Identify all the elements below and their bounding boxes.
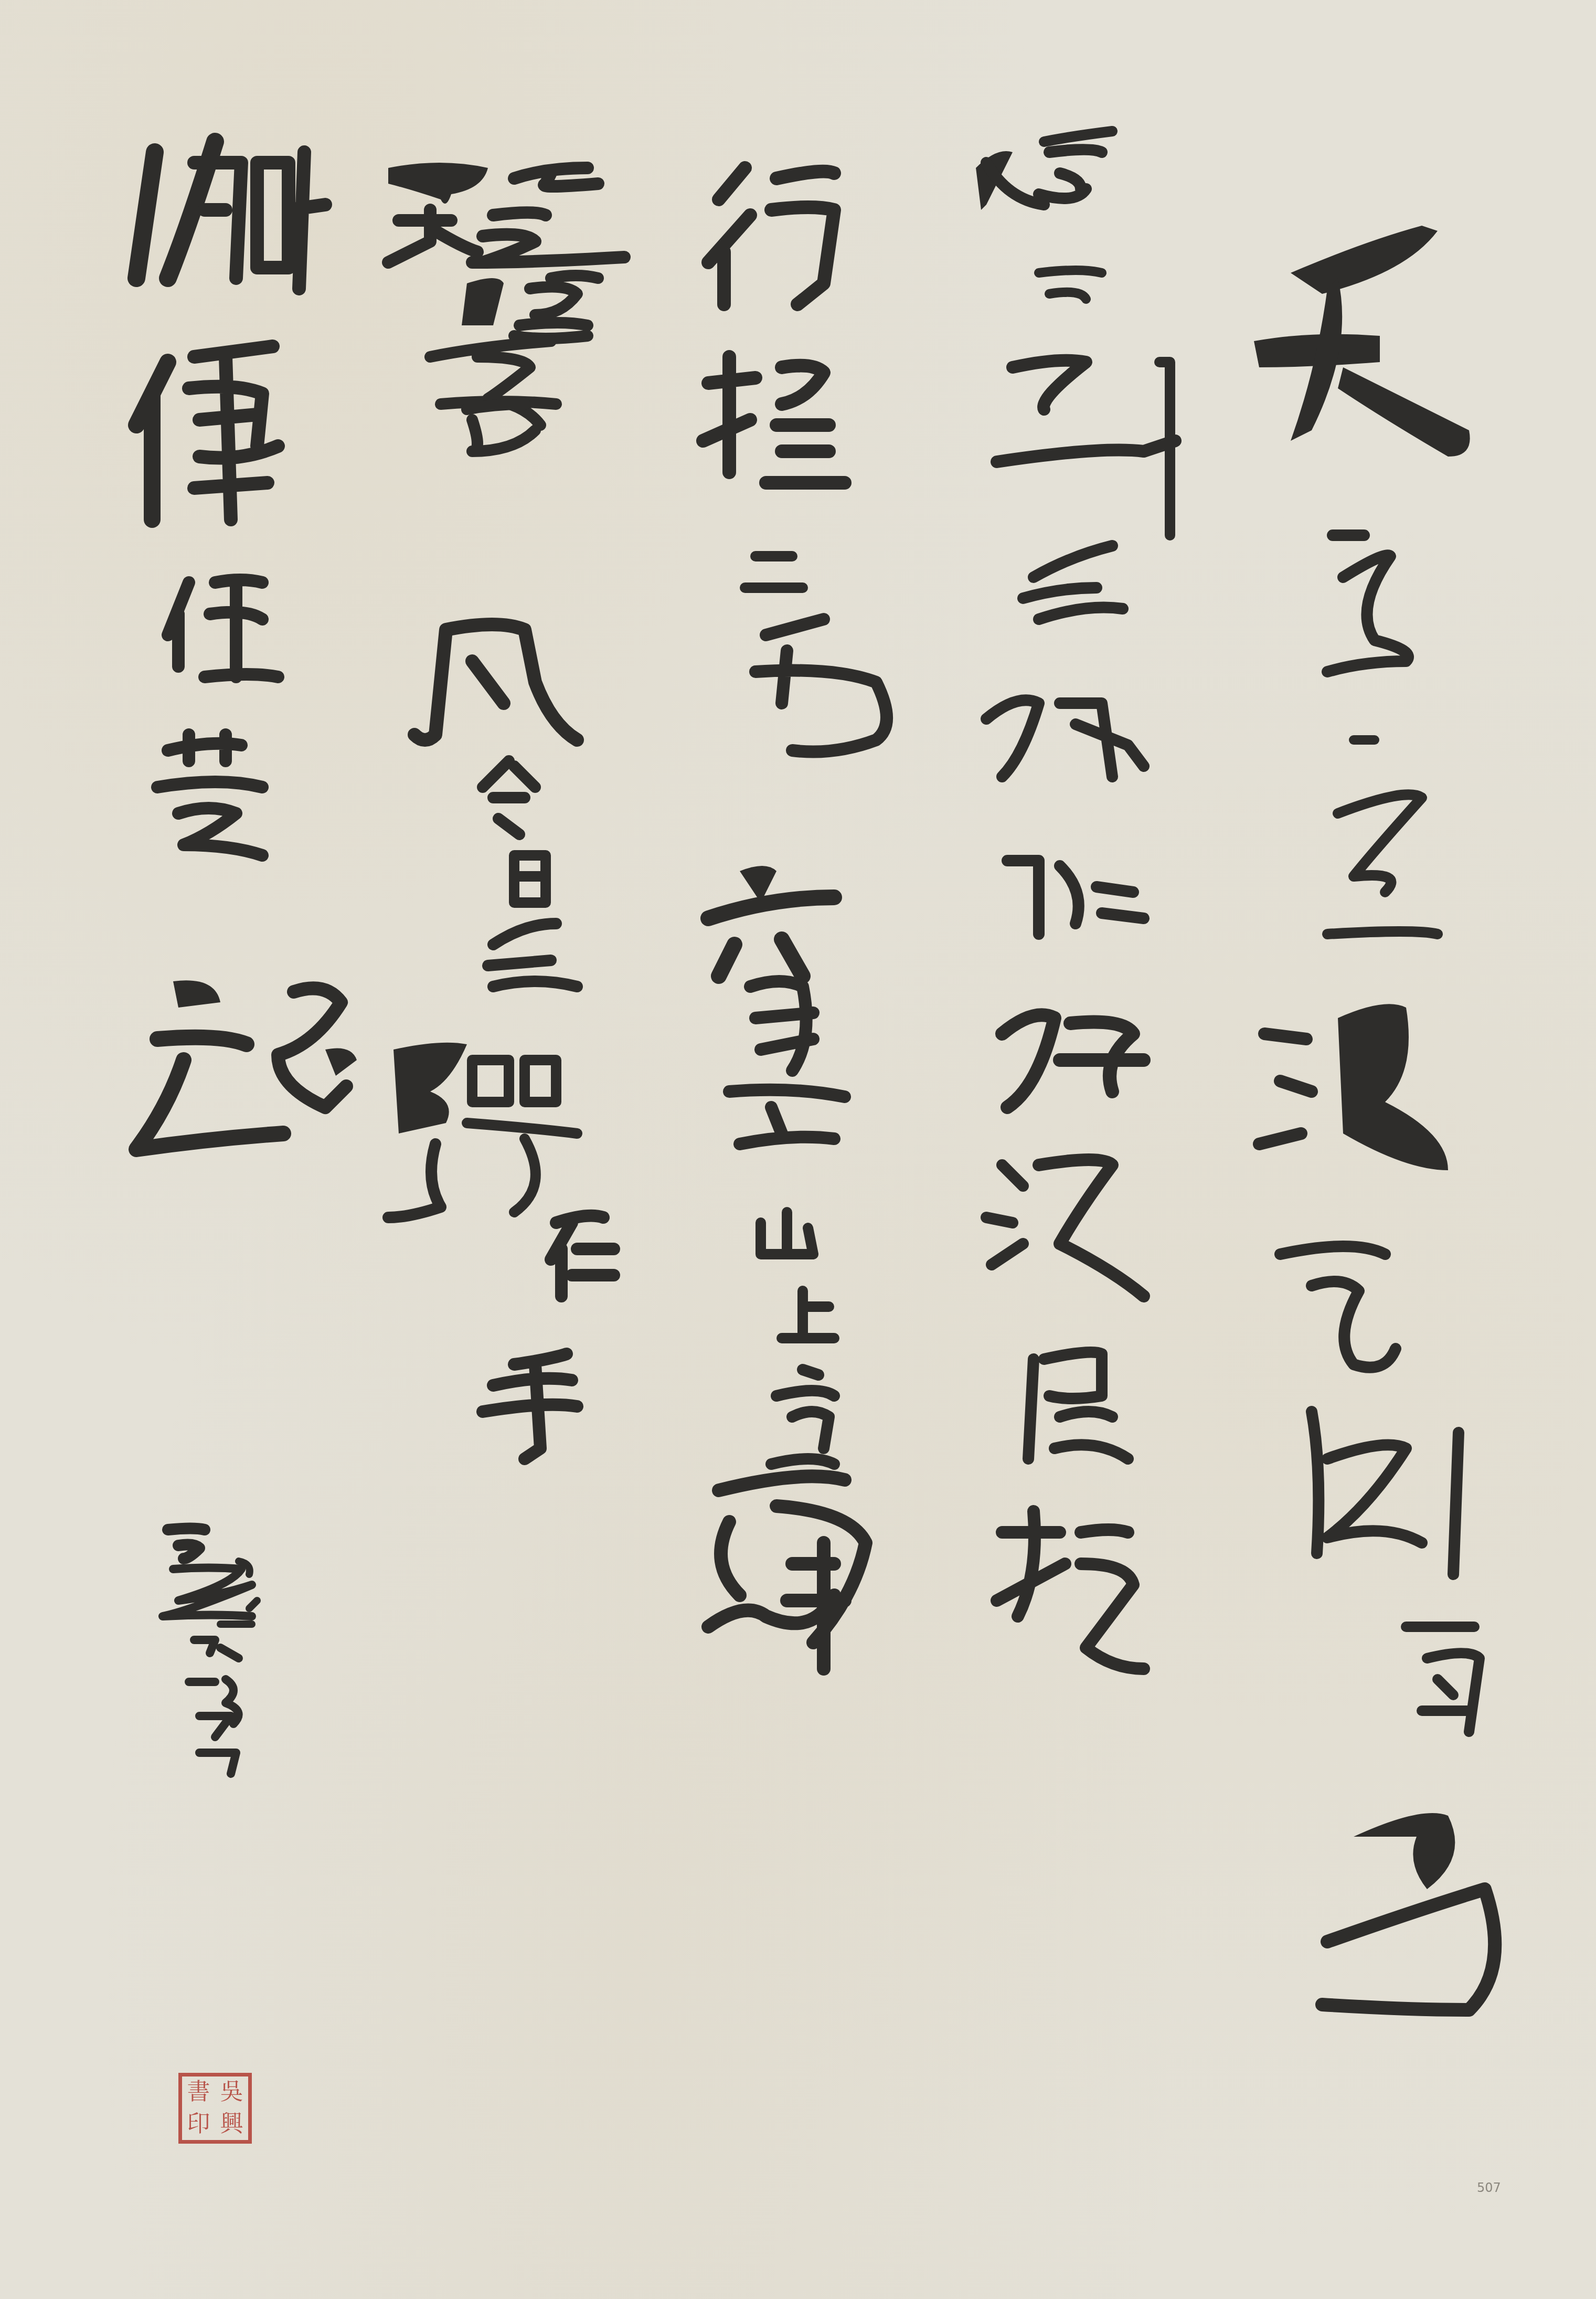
- catalog-number: 507: [1477, 2180, 1501, 2195]
- column-text: 红旗漫卷西风今日长缨在手: [483, 157, 546, 165]
- red-seal: 書 吳 印 興: [178, 2073, 252, 2144]
- seal-char: 印: [182, 2109, 215, 2141]
- brush-strokes: [677, 147, 929, 1984]
- calligraphy-column-2: 雁不到长城非好汉屈指: [955, 115, 1191, 2057]
- column-text: 行程二万六盘山上高峰: [776, 147, 829, 155]
- brush-strokes: [955, 115, 1191, 2057]
- column-text: 天高云淡望断南飞: [1375, 210, 1417, 218]
- signature-text: 三秋右兴书: [202, 1522, 228, 1530]
- brush-strokes: [378, 157, 651, 1994]
- brush-strokes: [105, 121, 378, 1433]
- signature-strokes: [147, 1522, 283, 2047]
- seal-char: 吳: [215, 2076, 248, 2109]
- calligraphy-column-3: 行程二万六盘山上高峰: [677, 147, 929, 1984]
- calligraphy-column-4: 红旗漫卷西风今日长缨在手: [378, 157, 651, 1994]
- calligraphy-column-1: 天高云淡望断南飞: [1249, 210, 1542, 2230]
- calligraphy-column-5: 何时缚住苍龙: [105, 121, 378, 1433]
- signature: 三秋右兴书: [147, 1522, 283, 2047]
- seal-char: 書: [182, 2076, 215, 2109]
- column-text: 雁不到长城非好汉屈指: [1047, 115, 1099, 123]
- column-text: 何时缚住苍龙: [226, 121, 257, 129]
- brush-strokes: [1249, 210, 1542, 2230]
- seal-char: 興: [215, 2109, 248, 2141]
